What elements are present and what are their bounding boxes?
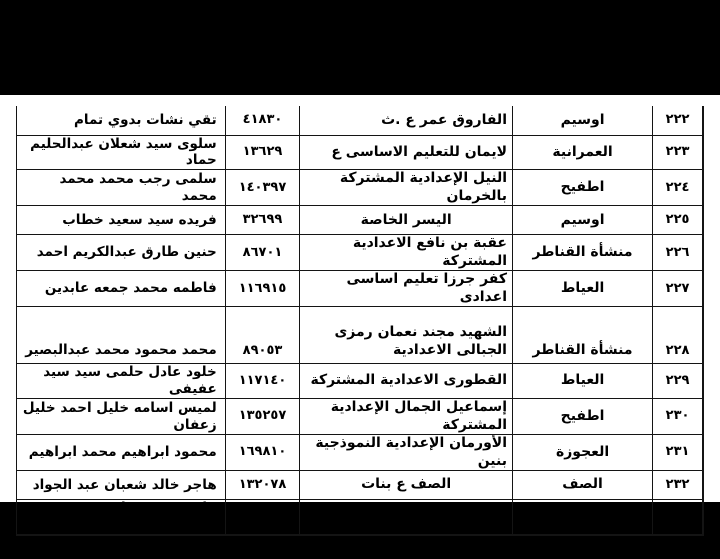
- cell-name: عاصم مجدى ثابت حسين ناصر: [17, 500, 226, 535]
- cell-school: لايمان للتعليم الاساسى ع: [300, 135, 513, 170]
- cell-district: العياط: [513, 364, 653, 399]
- cell-id: ٣٢٦٩٩: [225, 206, 300, 235]
- cell-id: ١٣٢٠٧٨: [225, 471, 300, 500]
- cell-name: خلود عادل حلمى سيد سيد عفيفى: [17, 364, 226, 399]
- cell-id: ١١٧١٤٠: [225, 364, 300, 399]
- cell-district: اطفيح: [513, 399, 653, 435]
- cell-name: سلمى رجب محمد محمد محمد: [17, 170, 226, 206]
- cell-district: العياط: [513, 271, 653, 307]
- cell-serial: ٢٢٦: [653, 235, 703, 271]
- table-row: ٢٣٠ اطفيح إسماعيل الجمال الإعدادية المشت…: [17, 399, 704, 435]
- cell-name: حنين طارق عبدالكريم احمد: [17, 235, 226, 271]
- cell-district: منشأة القناطر: [513, 235, 653, 271]
- table-row: ٢٢٣ العمرانية لايمان للتعليم الاساسى ع ١…: [17, 135, 704, 170]
- cell-id: ٨٦٧٠١: [225, 235, 300, 271]
- table-row: ٢٢٦ منشأة القناطر عقبة بن نافع الاعدادية…: [17, 235, 704, 271]
- table-row: ٢٣٣ الصف الاخصاص الإعدادية المشتركة ١٢٨٣…: [17, 500, 704, 535]
- cell-serial: ٢٢٨: [653, 307, 703, 364]
- cell-name: لميس اسامه خليل احمد خليل زعفان: [17, 399, 226, 435]
- table-row: ٢٢٢ اوسيم الفاروق عمر ع .ث ٤١٨٣٠ تقي نشا…: [17, 106, 704, 135]
- cell-district: العمرانية: [513, 135, 653, 170]
- cell-serial: ٢٣٢: [653, 471, 703, 500]
- cell-school: الأورمان الإعدادية النموذجية بنين: [300, 435, 513, 471]
- cell-serial: ٢٢٩: [653, 364, 703, 399]
- cell-id: ٨٩٠٥٣: [225, 307, 300, 364]
- cell-id: ١٦٩٨١٠: [225, 435, 300, 471]
- cell-id: ١٤٠٣٩٧: [225, 170, 300, 206]
- cell-serial: ٢٢٧: [653, 271, 703, 307]
- cell-name: هاجر خالد شعبان عبد الجواد: [17, 471, 226, 500]
- cell-district: الصف: [513, 471, 653, 500]
- table-row: ٢٢٨ منشأة القناطر الشهيد مجند نعمان رمزى…: [17, 307, 704, 364]
- cell-id: ١٢٨٣٣٦: [225, 500, 300, 535]
- cell-serial: ٢٣٠: [653, 399, 703, 435]
- cell-school: كفر جرزا تعليم اساسى اعدادى: [300, 271, 513, 307]
- cell-id: ١١٦٩١٥: [225, 271, 300, 307]
- cell-name: سلوى سيد شعلان عبدالحليم حماد: [17, 135, 226, 170]
- table-row: ٢٢٩ العياط القطورى الاعدادية المشتركة ١١…: [17, 364, 704, 399]
- cell-school: الفاروق عمر ع .ث: [300, 106, 513, 135]
- cell-name: محمد محمود محمد عبدالبصير: [17, 307, 226, 364]
- school-roster-table: ٢٢٢ اوسيم الفاروق عمر ع .ث ٤١٨٣٠ تقي نشا…: [16, 106, 704, 536]
- cell-school: عقبة بن نافع الاعدادية المشتركة: [300, 235, 513, 271]
- cell-school: الشهيد مجند نعمان رمزى الجبالى الاعدادية: [300, 307, 513, 364]
- cell-school: إسماعيل الجمال الإعدادية المشتركة: [300, 399, 513, 435]
- cell-district: اطفيح: [513, 170, 653, 206]
- cell-district: الصف: [513, 500, 653, 535]
- cell-serial: ٢٣١: [653, 435, 703, 471]
- cell-school: الاخصاص الإعدادية المشتركة: [300, 500, 513, 535]
- table-row: ٢٢٥ اوسيم اليسر الخاصة ٣٢٦٩٩ فريده سيد س…: [17, 206, 704, 235]
- cell-serial: ٢٢٣: [653, 135, 703, 170]
- cell-district: العجوزة: [513, 435, 653, 471]
- cell-name: فاطمه محمد جمعه عابدين: [17, 271, 226, 307]
- cell-serial: ٢٢٥: [653, 206, 703, 235]
- cell-name: تقي نشات بدوي تمام: [17, 106, 226, 135]
- cell-serial: ٢٣٣: [653, 500, 703, 535]
- paper-sheet: ٢٢٢ اوسيم الفاروق عمر ع .ث ٤١٨٣٠ تقي نشا…: [0, 95, 720, 502]
- cell-school: اليسر الخاصة: [300, 206, 513, 235]
- table-row: ٢٢٧ العياط كفر جرزا تعليم اساسى اعدادى ١…: [17, 271, 704, 307]
- cell-id: ١٣٥٢٥٧: [225, 399, 300, 435]
- cell-name: فريده سيد سعيد خطاب: [17, 206, 226, 235]
- cell-serial: ٢٢٤: [653, 170, 703, 206]
- document-page: ٢٢٢ اوسيم الفاروق عمر ع .ث ٤١٨٣٠ تقي نشا…: [0, 0, 720, 559]
- cell-district: اوسيم: [513, 106, 653, 135]
- cell-id: ١٣٦٢٩: [225, 135, 300, 170]
- cell-district: منشأة القناطر: [513, 307, 653, 364]
- cell-id: ٤١٨٣٠: [225, 106, 300, 135]
- cell-school: النيل الإعدادية المشتركة بالخرمان: [300, 170, 513, 206]
- cell-serial: ٢٢٢: [653, 106, 703, 135]
- table-row: ٢٣١ العجوزة الأورمان الإعدادية النموذجية…: [17, 435, 704, 471]
- cell-name: محمود ابراهيم محمد ابراهيم: [17, 435, 226, 471]
- cell-school: القطورى الاعدادية المشتركة: [300, 364, 513, 399]
- cell-school: الصف ع بنات: [300, 471, 513, 500]
- cell-district: اوسيم: [513, 206, 653, 235]
- table-row: ٢٣٢ الصف الصف ع بنات ١٣٢٠٧٨ هاجر خالد شع…: [17, 471, 704, 500]
- table-row: ٢٢٤ اطفيح النيل الإعدادية المشتركة بالخر…: [17, 170, 704, 206]
